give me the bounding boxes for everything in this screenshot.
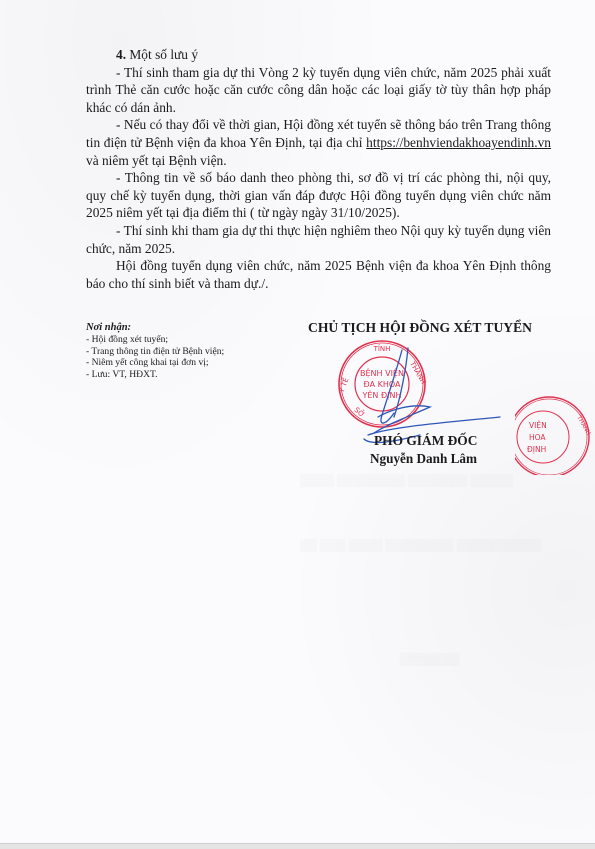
signer-name: Nguyễn Danh Lâm	[370, 451, 477, 467]
paragraph-closing: Hội đồng tuyển dụng viên chức, năm 2025 …	[86, 257, 551, 292]
recipient-item: - Lưu: VT, HĐXT.	[86, 369, 286, 380]
paragraph-rules: - Thí sinh khi tham gia dự thi thực hiện…	[86, 222, 551, 257]
recipient-item: - Hội đồng xét tuyển;	[86, 334, 286, 345]
show-through-text: ▒▒▒▒ ▒▒▒▒▒▒▒▒ ▒▒▒▒▒▒▒ ▒▒▒▒▒	[300, 473, 513, 488]
paragraph-id-requirement: - Thí sinh tham gia dự thi Vòng 2 kỳ tuy…	[86, 64, 551, 117]
show-through-text: ▒▒ ▒▒▒ ▒▒▒▒ ▒▒▒▒▒▒▒▒ ▒▒▒▒▒▒▒▒▒▒	[300, 538, 542, 553]
paragraph-exam-info: - Thông tin về số báo danh theo phòng th…	[86, 169, 551, 222]
recipient-item: - Trang thông tin điện tử Bệnh viện;	[86, 346, 286, 357]
section-heading: 4. Một số lưu ý	[86, 46, 551, 64]
stamp-outer-left: Y TẾ	[336, 376, 351, 395]
stamp2-outer: THANH	[575, 414, 592, 437]
document-body: 4. Một số lưu ý - Thí sinh tham gia dự t…	[86, 46, 551, 292]
section-number: 4.	[116, 47, 126, 62]
recipient-item: - Niêm yết công khai tại đơn vị;	[86, 357, 286, 368]
document-page: ▒▒▒▒ ▒▒▒▒▒▒▒▒ ▒▒▒▒▒▒▒ ▒▒▒▒▒ ▒▒ ▒▒▒ ▒▒▒▒ …	[0, 0, 595, 844]
recipients-title: Nơi nhận:	[86, 322, 286, 333]
show-through-text: ▒▒▒▒▒▒▒	[400, 652, 460, 667]
stamp2-line-2: HOA	[529, 433, 546, 442]
paragraph-schedule-change: - Nếu có thay đổi về thời gian, Hội đồng…	[86, 116, 551, 169]
section-title: Một số lưu ý	[126, 47, 198, 62]
signer-position: PHÓ GIÁM ĐỐC	[374, 433, 477, 449]
signer-title: CHỦ TỊCH HỘI ĐỒNG XÉT TUYỂN	[308, 320, 532, 336]
recipients-block: Nơi nhận: - Hội đồng xét tuyển; - Trang …	[86, 322, 286, 380]
paragraph-text: và niêm yết tại Bệnh viện.	[86, 153, 227, 168]
stamp2-line-1: VIỆN	[529, 421, 547, 430]
hospital-website-link[interactable]: https://benhviendakhoayendinh.vn	[366, 135, 551, 150]
